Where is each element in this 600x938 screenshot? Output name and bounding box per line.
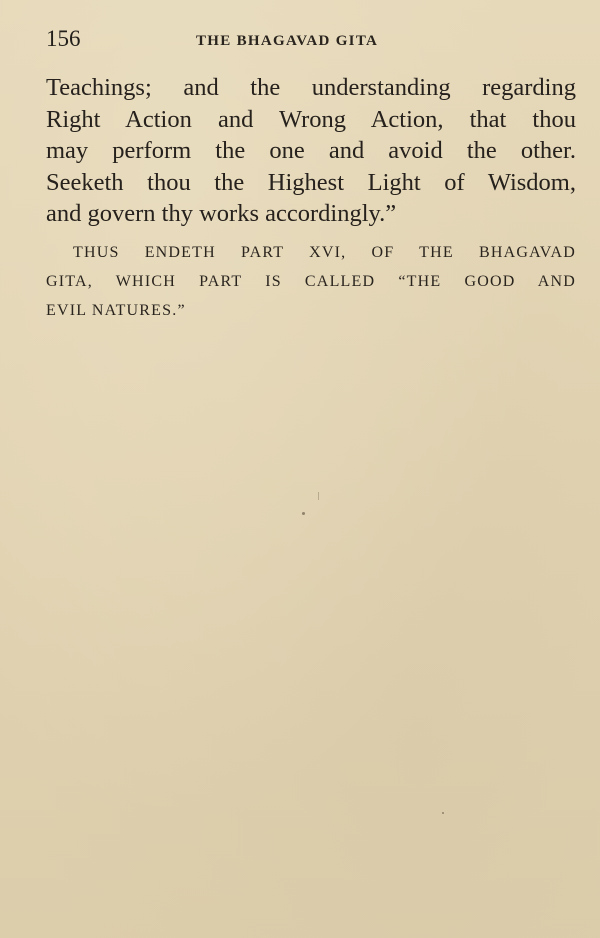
text-line: Seeketh thou the Highest Light of Wisdom…	[46, 167, 576, 199]
running-head: 156 THE BHAGAVAD GITA	[46, 26, 576, 60]
paper-speck	[318, 492, 319, 500]
paper-speck	[302, 512, 305, 515]
text-line: may perform the one and avoid the other.	[46, 135, 576, 167]
closing-paragraph: Teachings; and the understanding regardi…	[46, 72, 576, 230]
colophon-line: EVIL NATURES.”	[46, 296, 576, 325]
text-line: and govern thy works accordingly.”	[46, 198, 576, 230]
book-page: 156 THE BHAGAVAD GITA Teachings; and the…	[0, 0, 600, 938]
colophon-line: GITA, WHICH PART IS CALLED “THE GOOD AND	[46, 267, 576, 296]
text-line: Right Action and Wrong Action, that thou	[46, 104, 576, 136]
body-text: Teachings; and the understanding regardi…	[46, 72, 576, 325]
text-line: Teachings; and the understanding regardi…	[46, 72, 576, 104]
colophon-line: THUS ENDETH PART XVI, OF THE BHAGAVAD	[46, 238, 576, 267]
running-title: THE BHAGAVAD GITA	[196, 33, 378, 50]
paper-speck	[442, 812, 444, 814]
page-number: 156	[46, 26, 81, 52]
part-colophon: THUS ENDETH PART XVI, OF THE BHAGAVAD GI…	[46, 238, 576, 325]
